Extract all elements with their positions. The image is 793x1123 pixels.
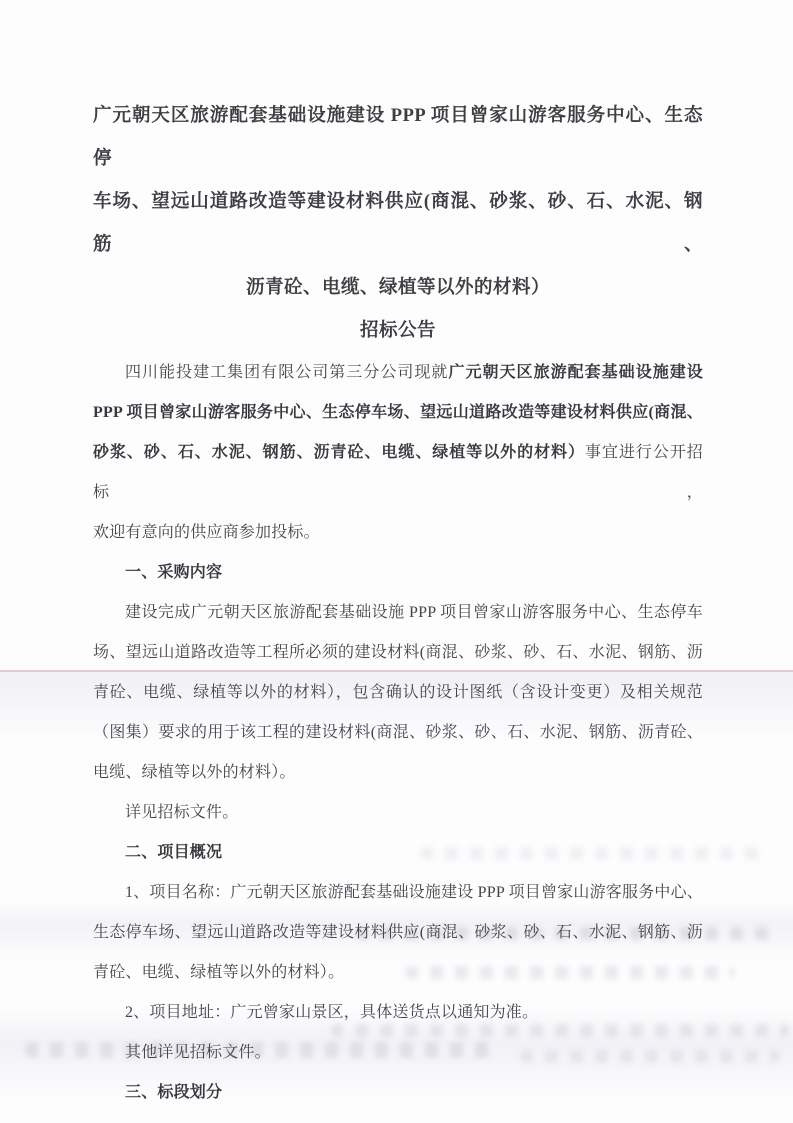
intro-text: 四川能投建工集团有限公司第三分公司现就: [125, 364, 448, 381]
note-line: 详见招标文件。: [93, 793, 703, 833]
document-title-line: 沥青砼、电缆、绿植等以外的材料）: [93, 267, 703, 310]
paragraph-line: 建设完成广元朝天区旅游配套基础设施 PPP 项目曾家山游客服务中心、生态停车: [93, 593, 703, 633]
paragraph-line: 青砼、电缆、绿植等以外的材料）。: [93, 953, 703, 993]
intro-bold-text: 砂浆、砂、石、水泥、钢筋、沥青砼、电缆、绿植等以外的材料）: [93, 444, 585, 461]
paragraph-line: 2、项目地址：广元曾家山景区，具体送货点以通知为准。: [93, 993, 703, 1033]
paragraph-line: 砂浆、砂、石、水泥、钢筋、沥青砼、电缆、绿植等以外的材料）事宜进行公开招标，: [93, 433, 703, 513]
section-heading-2: 二、项目概况: [93, 833, 703, 873]
paragraph-line: 生态停车场、望远山道路改造等建设材料供应(商混、砂浆、砂、石、水泥、钢筋、沥: [93, 913, 703, 953]
intro-bold-text: PPP 项目曾家山游客服务中心、生态停车场、望远山道路改造等建设材料供应(商混、: [93, 404, 703, 421]
paragraph-line: 电缆、绿植等以外的材料）。: [93, 753, 703, 793]
document-subtitle: 招标公告: [93, 310, 703, 353]
section-heading-1: 一、采购内容: [93, 553, 703, 593]
paragraph-line: （图集）要求的用于该工程的建设材料(商混、砂浆、砂、石、水泥、钢筋、沥青砼、: [93, 713, 703, 753]
document-title-line: 车场、望远山道路改造等建设材料供应(商混、砂浆、砂、石、水泥、钢筋、: [93, 181, 703, 267]
document-title-line: 广元朝天区旅游配套基础设施建设 PPP 项目曾家山游客服务中心、生态停: [93, 95, 703, 181]
paragraph-line: 场、望远山道路改造等工程所必须的建设材料(商混、砂浆、砂、石、水泥、钢筋、沥: [93, 633, 703, 673]
paragraph-line: 青砼、电缆、绿植等以外的材料），包含确认的设计图纸（含设计变更）及相关规范: [93, 673, 703, 713]
note-line: 其他详见招标文件。: [93, 1033, 703, 1073]
paragraph-line: 四川能投建工集团有限公司第三分公司现就广元朝天区旅游配套基础设施建设: [93, 353, 703, 393]
scanned-document-page: 广元朝天区旅游配套基础设施建设 PPP 项目曾家山游客服务中心、生态停 车场、望…: [0, 0, 793, 1123]
paragraph-line: 1、项目名称：广元朝天区旅游配套基础设施建设 PPP 项目曾家山游客服务中心、: [93, 873, 703, 913]
intro-text: 欢迎有意向的供应商参加投标。: [93, 524, 320, 541]
intro-bold-text: 广元朝天区旅游配套基础设施建设: [448, 364, 703, 381]
section-heading-3: 三、标段划分: [93, 1073, 703, 1113]
paragraph-line: PPP 项目曾家山游客服务中心、生态停车场、望远山道路改造等建设材料供应(商混、: [93, 393, 703, 433]
paragraph-line: 欢迎有意向的供应商参加投标。: [93, 513, 703, 553]
document-content: 广元朝天区旅游配套基础设施建设 PPP 项目曾家山游客服务中心、生态停 车场、望…: [93, 95, 703, 1113]
